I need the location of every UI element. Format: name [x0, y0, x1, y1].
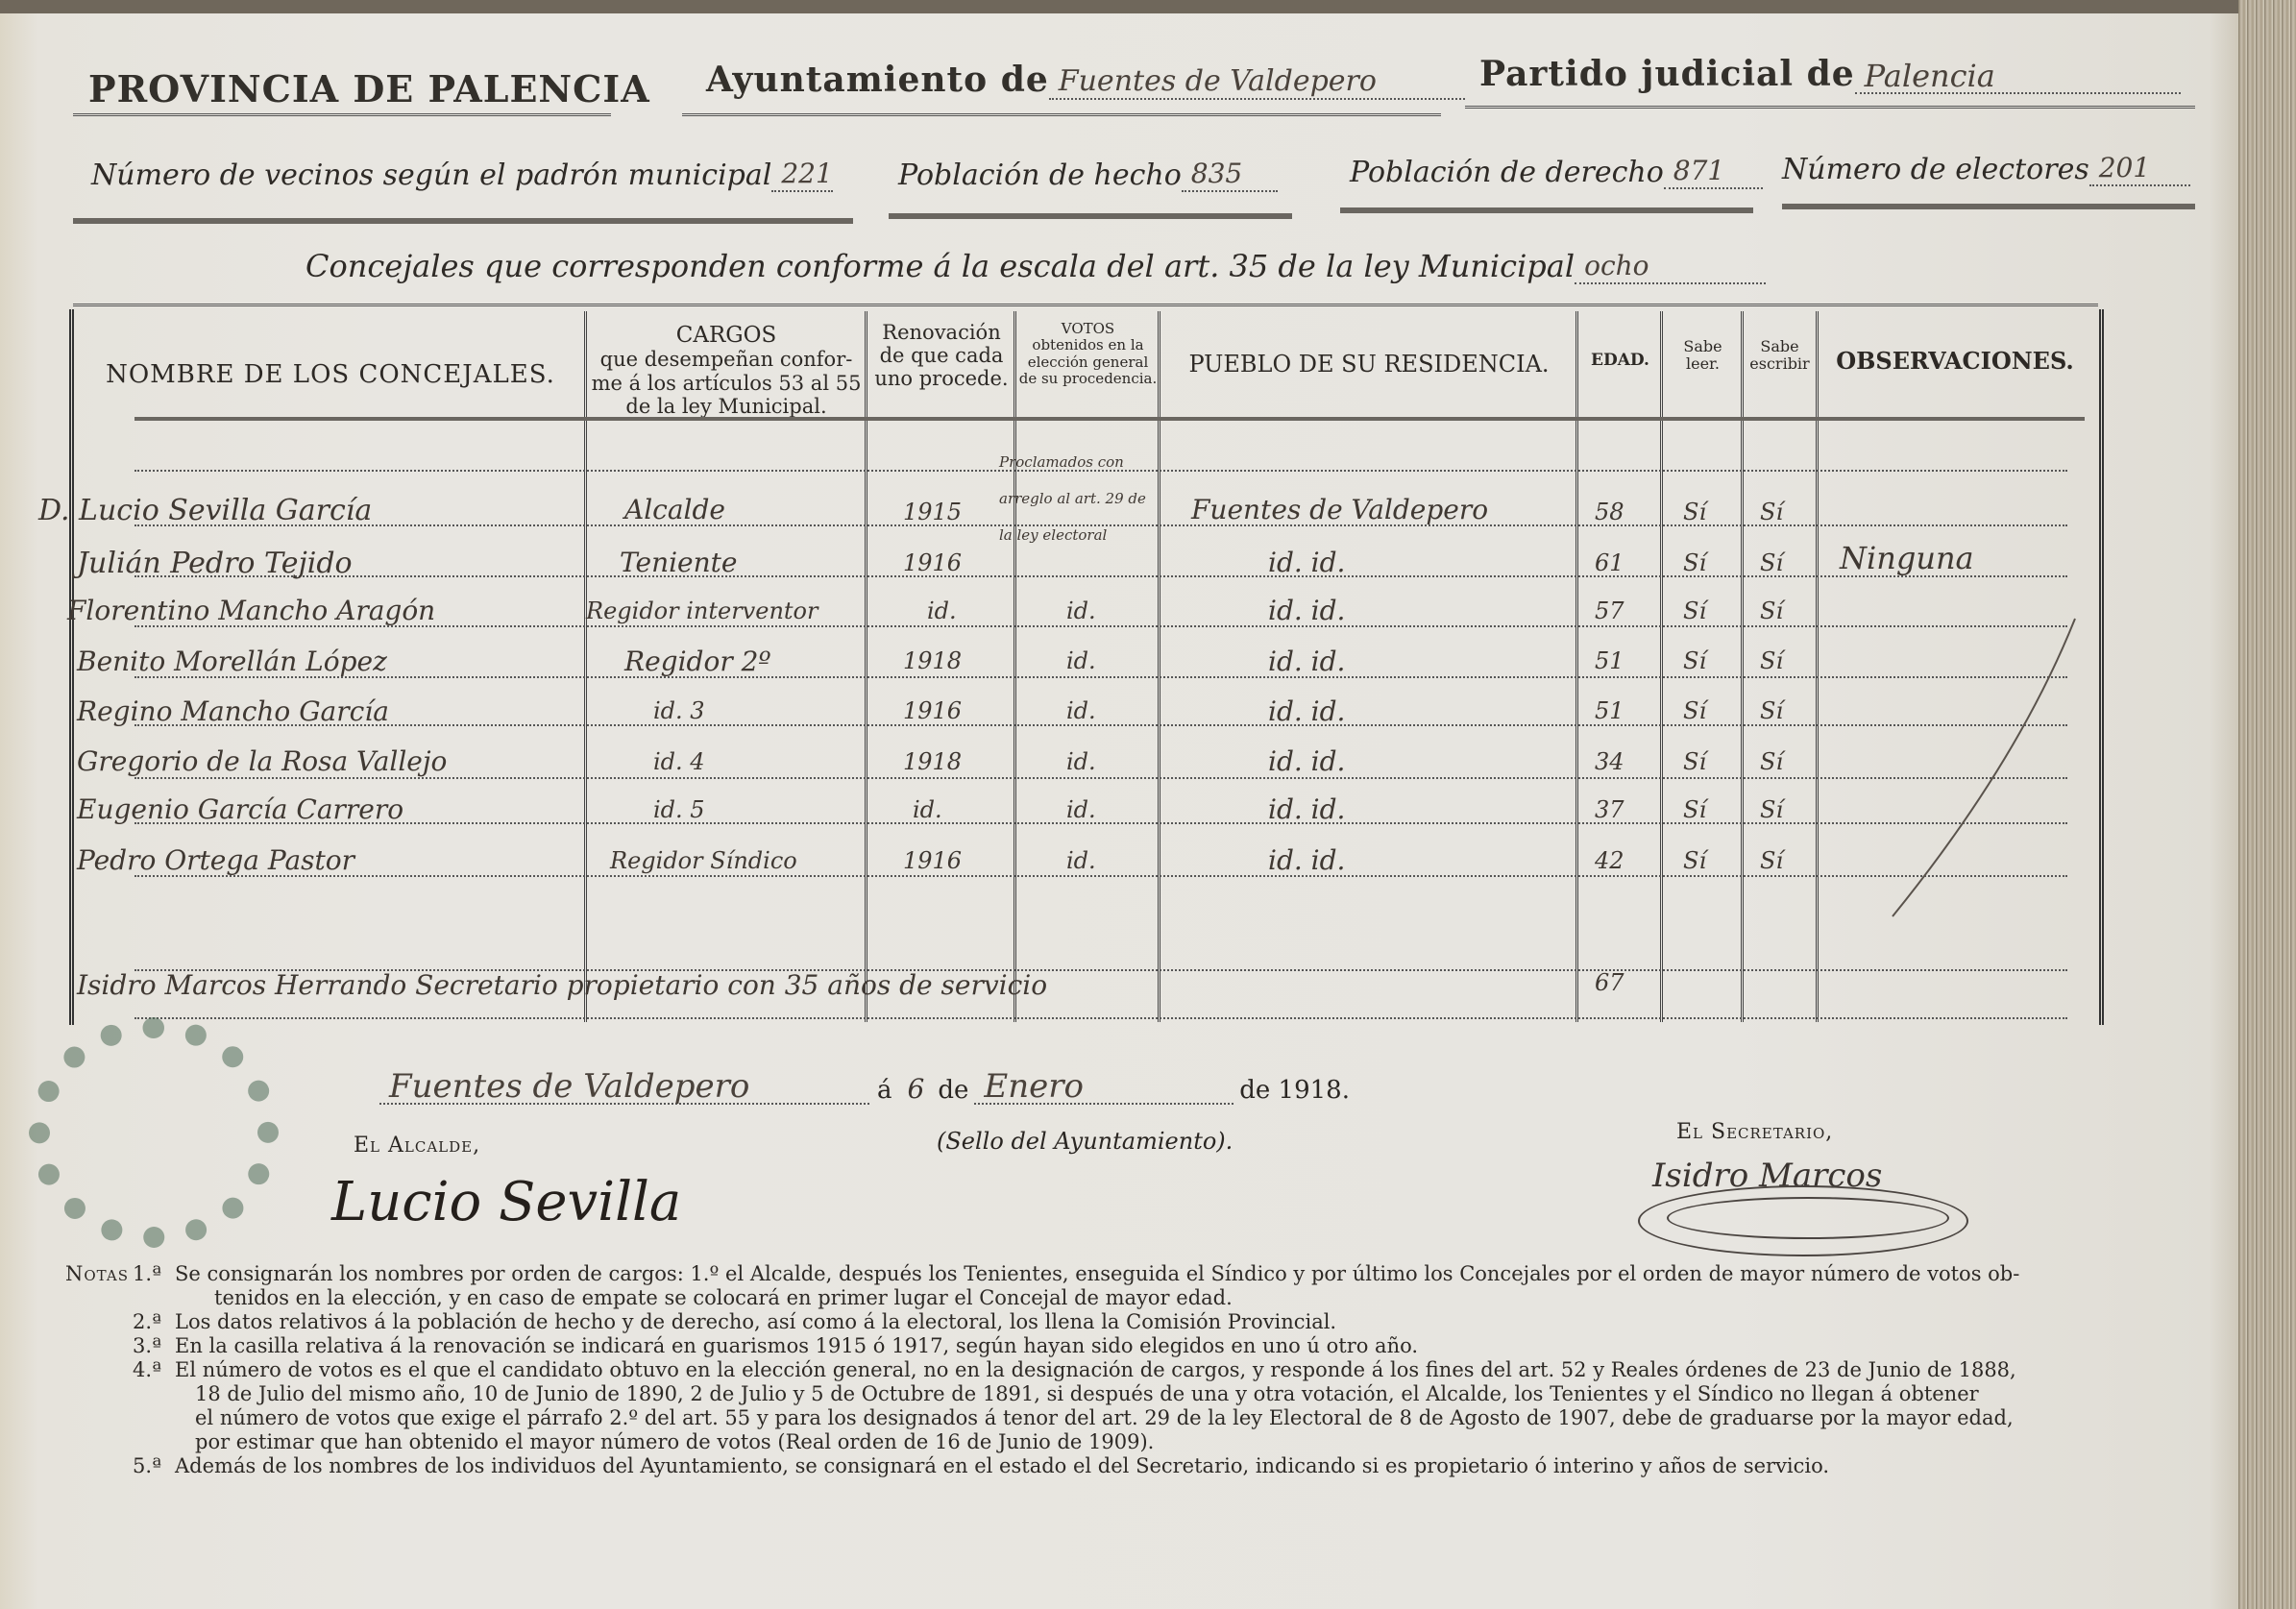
col-header-observaciones: OBSERVACIONES.	[1820, 348, 2089, 375]
col-header-edad: EDAD.	[1580, 352, 1660, 371]
notes-section: Notas 1.ª Se consignarán los nombres por…	[65, 1262, 2044, 1478]
col-header-cargos-title: CARGOS	[588, 323, 865, 348]
note-text: el número de votos que exige el párrafo …	[65, 1406, 2044, 1430]
row-8-escribir: Sí	[1760, 847, 1783, 874]
row-5-leer: Sí	[1683, 697, 1706, 724]
row-6-nombre: Gregorio de la Rosa Vallejo	[77, 745, 447, 777]
note-1: Notas 1.ª Se consignarán los nombres por…	[65, 1262, 2044, 1286]
note-text: Se consignarán los nombres por orden de …	[175, 1262, 2019, 1286]
votos-note: Proclamados con arreglo al art. 29 de la…	[999, 444, 1162, 553]
hecho-label: Población de hecho	[898, 158, 1182, 192]
ayuntamiento-seal	[29, 1017, 279, 1248]
provincia-heading: PROVINCIA DE PALENCIA	[88, 67, 650, 110]
row-7-nombre: Eugenio García Carrero	[77, 793, 403, 825]
row-4-nombre: Benito Morellán López	[77, 646, 387, 677]
row-4-edad: 51	[1595, 647, 1624, 674]
note-text: 18 de Julio del mismo año, 10 de Junio d…	[65, 1382, 2044, 1406]
row-5-pueblo: id. id.	[1268, 695, 1345, 727]
row-1-leer: Sí	[1683, 499, 1706, 525]
derecho-rule	[1340, 207, 1753, 213]
row-4-leer: Sí	[1683, 647, 1706, 674]
col-header-cargos: CARGOS que desempeñan confor-me á los ar…	[588, 323, 865, 418]
row-rule	[134, 875, 2067, 877]
concejales-field: Concejales que corresponden conforme á l…	[305, 248, 1766, 284]
secretario-row-edad: 67	[1595, 969, 1624, 996]
col-header-nombre: NOMBRE DE LOS CONCEJALES.	[77, 361, 584, 390]
row-8-nombre: Pedro Ortega Pastor	[77, 844, 354, 876]
provincia-rule	[73, 113, 611, 120]
row-4-escribir: Sí	[1760, 647, 1783, 674]
closing-place: Fuentes de Valdepero	[379, 1070, 869, 1105]
secretario-row-text: Isidro Marcos Herrando Secretario propie…	[77, 969, 1047, 1001]
secretario-label: El Secretario,	[1676, 1120, 1833, 1144]
note-text: por estimar que han obtenido el mayor nú…	[65, 1430, 2044, 1454]
closing-date-line: Fuentes de Valdepero á 6 de Enero de 191…	[379, 1070, 1350, 1105]
note-number: 5.ª	[65, 1454, 175, 1478]
row-1-edad: 58	[1595, 499, 1624, 525]
row-1-observaciones: Ninguna	[1840, 540, 1974, 576]
vecinos-field: Número de vecinos según el padrón munici…	[91, 158, 831, 192]
row-8-pueblo: id. id.	[1268, 844, 1345, 876]
row-2-leer: Sí	[1683, 549, 1706, 576]
row-7-votos: id.	[1066, 796, 1096, 823]
row-3-pueblo: id. id.	[1268, 595, 1345, 626]
row-6-votos: id.	[1066, 748, 1096, 775]
row-5-votos: id.	[1066, 697, 1096, 724]
note-5: 5.ª Además de los nombres de los individ…	[65, 1454, 2044, 1478]
row-4-pueblo: id. id.	[1268, 646, 1345, 677]
note-number: 4.ª	[65, 1358, 175, 1382]
row-3-nombre: Florentino Mancho Aragón	[67, 595, 435, 626]
row-8-votos: id.	[1066, 847, 1096, 874]
note-number: 3.ª	[65, 1334, 175, 1358]
row-2-edad: 61	[1595, 549, 1624, 576]
header-bottom-rule	[134, 417, 2085, 421]
row-7-renovacion: id.	[913, 796, 942, 823]
note-2: 2.ª Los datos relativos á la población d…	[65, 1310, 2044, 1334]
col-header-votos: VOTOS obtenidos en la elección general d…	[1018, 321, 1158, 387]
row-3-leer: Sí	[1683, 597, 1706, 624]
secretario-flourish-icon	[1667, 1197, 1949, 1239]
note-4: 4.ª El número de votos es el que el cand…	[65, 1358, 2044, 1382]
partido-rule	[1465, 106, 2195, 112]
note-text: tenidos en la elección, y en caso de emp…	[65, 1286, 2044, 1310]
ayuntamiento-rule	[682, 113, 1441, 120]
row-8-edad: 42	[1595, 847, 1624, 874]
row-8-cargo: Regidor Síndico	[610, 847, 797, 874]
row-7-cargo: id. 5	[653, 796, 705, 823]
row-6-pueblo: id. id.	[1268, 745, 1345, 777]
row-7-escribir: Sí	[1760, 796, 1783, 823]
col-header-renovacion: Renovación de que cada uno procede.	[869, 321, 1014, 390]
closing-month: Enero	[974, 1070, 1233, 1105]
row-6-leer: Sí	[1683, 748, 1706, 775]
row-3-votos: id.	[1066, 597, 1096, 624]
ayuntamiento-label: Ayuntamiento de	[706, 60, 1049, 100]
row-2-cargo: Teniente	[620, 547, 738, 578]
derecho-field: Población de derecho 871	[1350, 155, 1763, 189]
closing-day: 6	[900, 1073, 933, 1105]
note-text: Los datos relativos á la población de he…	[175, 1310, 1336, 1334]
partido-value: Palencia	[1855, 60, 2181, 94]
row-rule	[134, 777, 2067, 779]
col-header-cargos-sub: que desempeñan confor-me á los artículos…	[588, 348, 865, 417]
row-8-renovacion: 1916	[903, 847, 962, 874]
book-page-edges	[2238, 0, 2296, 1609]
closing-year: de 1918.	[1233, 1076, 1350, 1105]
row-8-leer: Sí	[1683, 847, 1706, 874]
alcalde-signature: Lucio Sevilla	[331, 1171, 681, 1233]
row-1-cargo: Alcalde	[624, 494, 725, 525]
row-2-renovacion: 1916	[903, 549, 962, 576]
vecinos-value: 221	[771, 158, 832, 192]
row-5-nombre: Regino Mancho García	[77, 695, 389, 727]
col-header-leer: Sabe leer.	[1665, 338, 1741, 374]
concejales-label: Concejales que corresponden conforme á l…	[305, 248, 1575, 284]
vecinos-rule	[73, 218, 853, 224]
ayuntamiento-value: Fuentes de Valdepero	[1049, 65, 1465, 100]
row-3-cargo: Regidor interventor	[586, 597, 818, 624]
sello-label: (Sello del Ayuntamiento).	[937, 1128, 1233, 1155]
row-4-votos: id.	[1066, 647, 1096, 674]
concejales-value: ocho	[1575, 250, 1766, 284]
vecinos-label: Número de vecinos según el padrón munici…	[91, 158, 771, 192]
alcalde-label: El Alcalde,	[354, 1134, 480, 1158]
row-1-nombre: D. Lucio Sevilla García	[38, 494, 372, 527]
row-5-cargo: id. 3	[653, 697, 705, 724]
row-rule	[134, 1017, 2067, 1019]
note-text: Además de los nombres de los individuos …	[175, 1454, 1829, 1478]
closing-a: á	[869, 1076, 900, 1105]
row-5-escribir: Sí	[1760, 697, 1783, 724]
row-7-edad: 37	[1595, 796, 1624, 823]
note-number: 1.ª	[65, 1262, 175, 1286]
row-5-renovacion: 1916	[903, 697, 962, 724]
partido-field: Partido judicial de Palencia	[1479, 54, 2181, 94]
hecho-field: Población de hecho 835	[898, 158, 1278, 192]
electores-field: Número de electores 201	[1782, 152, 2190, 186]
row-3-escribir: Sí	[1760, 597, 1783, 624]
col-header-escribir: Sabe escribir	[1744, 338, 1816, 374]
row-3-renovacion: id.	[927, 597, 957, 624]
closing-de: de	[932, 1076, 974, 1105]
partido-label: Partido judicial de	[1479, 54, 1855, 94]
row-rule	[134, 676, 2067, 678]
document-page: PROVINCIA DE PALENCIA Ayuntamiento de Fu…	[0, 0, 2238, 1609]
row-rule	[134, 724, 2067, 726]
row-7-pueblo: id. id.	[1268, 793, 1345, 825]
row-2-pueblo: id. id.	[1268, 547, 1345, 578]
note-3: 3.ª En la casilla relativa á la renovaci…	[65, 1334, 2044, 1358]
row-7-leer: Sí	[1683, 796, 1706, 823]
row-1-escribir: Sí	[1760, 499, 1783, 525]
hecho-value: 835	[1182, 158, 1278, 192]
electores-rule	[1782, 204, 2195, 209]
observaciones-strike-icon	[1873, 609, 2085, 926]
row-5-edad: 51	[1595, 697, 1624, 724]
hecho-rule	[889, 213, 1292, 219]
note-text: En la casilla relativa á la renovación s…	[175, 1334, 1418, 1358]
row-6-edad: 34	[1595, 748, 1624, 775]
row-4-renovacion: 1918	[903, 647, 962, 674]
row-6-cargo: id. 4	[653, 748, 705, 775]
row-2-nombre: Julián Pedro Tejido	[77, 547, 353, 580]
derecho-value: 871	[1664, 155, 1763, 189]
ayuntamiento-field: Ayuntamiento de Fuentes de Valdepero	[706, 60, 1465, 100]
derecho-label: Población de derecho	[1350, 156, 1664, 189]
col-header-votos-title: VOTOS	[1018, 321, 1158, 337]
row-4-cargo: Regidor 2º	[624, 646, 771, 677]
row-1-pueblo: Fuentes de Valdepero	[1191, 494, 1488, 525]
note-number: 2.ª	[65, 1310, 175, 1334]
row-6-renovacion: 1918	[903, 748, 962, 775]
electores-value: 201	[2089, 152, 2190, 186]
row-1-renovacion: 1915	[903, 499, 962, 525]
row-6-escribir: Sí	[1760, 748, 1783, 775]
col-header-pueblo: PUEBLO DE SU RESIDENCIA.	[1162, 352, 1575, 378]
electores-label: Número de electores	[1782, 153, 2089, 186]
row-2-escribir: Sí	[1760, 549, 1783, 576]
col-header-votos-sub: obtenidos en la elección general de su p…	[1018, 337, 1158, 387]
note-text: El número de votos es el que el candidat…	[175, 1358, 2016, 1382]
row-3-edad: 57	[1595, 597, 1624, 624]
